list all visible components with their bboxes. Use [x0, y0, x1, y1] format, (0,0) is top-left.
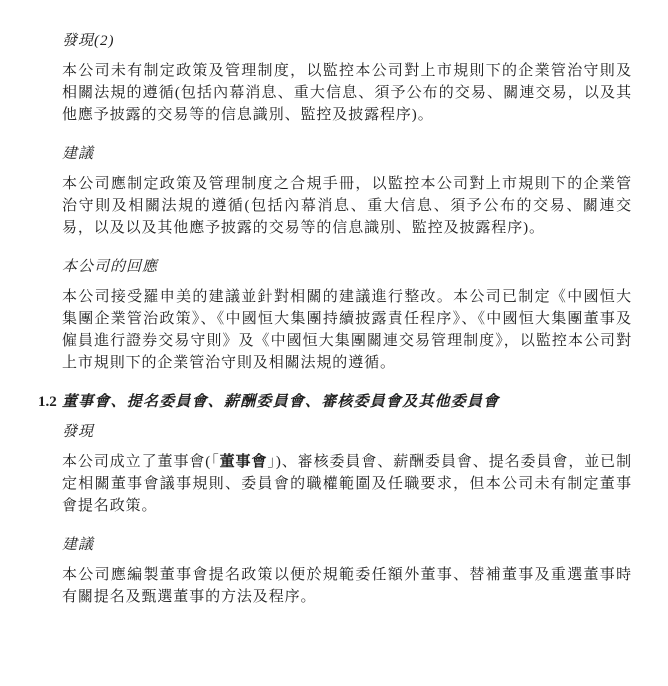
section-1-2-heading: 1.2 董事會、提名委員會、薪酬委員會、審核委員會及其他委員會	[62, 391, 632, 413]
recommendation-paragraph-2: 本公司應編製董事會提名政策以便於規範委任額外董事、替補董事及重選董事時有關提名及…	[62, 564, 632, 608]
recommendation-paragraph-1: 本公司應制定政策及管理制度之合規手冊，以監控本公司對上市規則下的企業管治守則及相…	[62, 173, 632, 239]
finding-heading: 發現	[62, 421, 632, 443]
finding-paragraph: 本公司成立了董事會(「董事會」)、審核委員會、薪酬委員會、提名委員會，並已制定相…	[62, 451, 632, 517]
company-response-heading: 本公司的回應	[62, 256, 632, 278]
finding-2-heading: 發現(2)	[62, 30, 632, 52]
document-page: 發現(2) 本公司未有制定政策及管理制度，以監控本公司對上市規則下的企業管治守則…	[0, 0, 668, 686]
board-defined-term: 董事會	[220, 454, 268, 470]
finding-text-before-bold: 本公司成立了董事會(「	[62, 454, 220, 470]
finding-2-paragraph: 本公司未有制定政策及管理制度，以監控本公司對上市規則下的企業管治守則及相關法規的…	[62, 60, 632, 126]
section-1-2-title: 董事會、提名委員會、薪酬委員會、審核委員會及其他委員會	[62, 394, 499, 410]
recommendation-heading-2: 建議	[62, 534, 632, 556]
section-1-2-number: 1.2	[38, 391, 57, 413]
company-response-paragraph: 本公司接受羅申美的建議並針對相關的建議進行整改。本公司已制定《中國恒大集團企業管…	[62, 286, 632, 374]
recommendation-heading-1: 建議	[62, 143, 632, 165]
